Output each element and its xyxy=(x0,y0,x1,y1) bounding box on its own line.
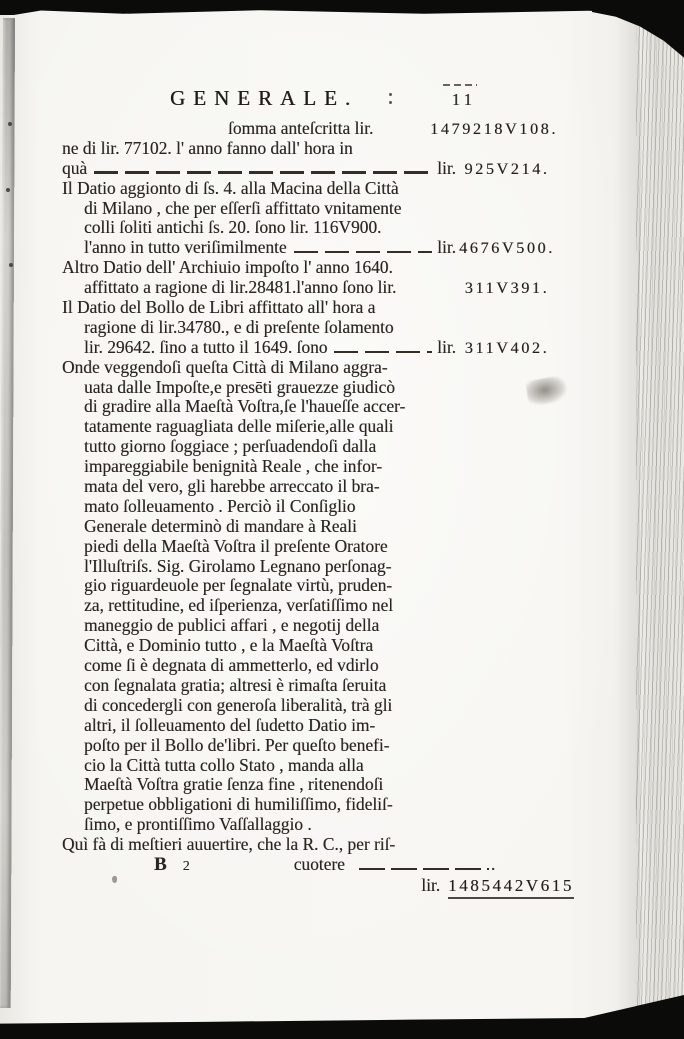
book-fore-edge xyxy=(636,0,684,1039)
line-text: altri, il ſolleuamento del ſudetto Datio… xyxy=(62,716,375,736)
line-text: ſimo, e prontiſſimo Vaſſallaggio . xyxy=(62,815,312,835)
line-text: poſto per il Bollo de'libri. Per queſto … xyxy=(62,736,389,756)
line-text: ne di lir. 77102. l' anno fanno dall' ho… xyxy=(62,139,353,159)
text-line: affittato a ragione di lir.28481.l'anno … xyxy=(62,278,558,298)
text-line: ragione di lir.34780., e di preſente ſol… xyxy=(62,318,558,338)
line-text: lir. 29642. ſino a tutto il 1649. ſono xyxy=(62,338,327,358)
text-line: come ſi è degnata di ammetterlo, ed vdir… xyxy=(62,656,558,676)
text-line: ſomma anteſcritta lir.1479218V108. xyxy=(62,119,558,139)
text-line: mata del vero, gli harebbe arreccato il … xyxy=(62,477,558,497)
text-line: Il Datio del Bollo de Libri affittato al… xyxy=(62,298,558,318)
ink-speck xyxy=(8,122,12,126)
text-line: Quì fà di meſtieri auuertire, che la R. … xyxy=(62,835,558,855)
currency-label: lir. xyxy=(437,338,456,358)
text-line: Onde veggendoſi queſta Città di Milano a… xyxy=(62,358,558,378)
text-line: maneggio de publici affari , e negotij d… xyxy=(62,616,558,636)
currency-label: lir. xyxy=(437,238,456,258)
text-line: di gradire alla Maeſtà Voſtra,ſe l'haueſ… xyxy=(62,397,558,417)
line-text: Città, e Dominio tutto , e la Maeſtà Voſ… xyxy=(62,636,373,656)
line-text: cio la Città tutta collo Stato , manda a… xyxy=(62,756,364,776)
line-text: tatamente raguagliata delle miſerie,alle… xyxy=(62,417,394,437)
line-text: maneggio de publici affari , e negotij d… xyxy=(62,616,379,636)
text-line: ne di lir. 77102. l' anno fanno dall' ho… xyxy=(62,139,558,159)
text-line: l'Illuſtriſs. Sig. Girolamo Legnano perſ… xyxy=(62,557,558,577)
line-text: di concedergli con generoſa liberalità, … xyxy=(62,696,392,716)
text-line: lir. 29642. ſino a tutto il 1649. ſonoli… xyxy=(62,338,558,358)
signature-row: B2cuotere. xyxy=(62,855,558,875)
line-text: mato ſolleuamento . Perciò il Conſiglio xyxy=(62,497,355,517)
line-text: con ſegnalata gratia; altresi è rimaſta … xyxy=(62,676,386,696)
page-text-block: ſomma anteſcritta lir.1479218V108.ne di … xyxy=(62,119,558,898)
text-line: Generale determinò di mandare à Reali xyxy=(62,517,558,537)
line-text: ſomma anteſcritta lir. xyxy=(62,119,373,139)
line-text: quà xyxy=(62,159,87,179)
page-number: 11 xyxy=(452,90,476,110)
text-line: di Milano , che per eſſerſi affittato vn… xyxy=(62,199,558,219)
dash-leader xyxy=(334,351,432,353)
text-line: quàlir.925V214. xyxy=(62,159,558,179)
line-text: ragione di lir.34780., e di preſente ſol… xyxy=(62,318,394,338)
amount-value: 4676V500. xyxy=(456,239,558,259)
text-line: Città, e Dominio tutto , e la Maeſtà Voſ… xyxy=(62,636,558,656)
line-text: Il Datio del Bollo de Libri affittato al… xyxy=(62,298,375,318)
line-text: perpetue obbligationi di humiliſſimo, fi… xyxy=(62,795,393,815)
text-line: l'anno in tutto veriſimilmentelir.4676V5… xyxy=(62,238,558,258)
text-line: poſto per il Bollo de'libri. Per queſto … xyxy=(62,736,558,756)
line-text: Quì fà di meſtieri auuertire, che la R. … xyxy=(62,835,395,855)
text-line: Maeſtà Voſtra gratie ſenza fine , ritene… xyxy=(62,775,558,795)
running-title: GENERALE. xyxy=(170,86,358,111)
line-text: Il Datio aggionto di ſs. 4. alla Macina … xyxy=(62,179,399,199)
line-text: l'anno in tutto veriſimilmente xyxy=(62,238,287,258)
dash-end-mark: . xyxy=(491,855,495,875)
amount-value: 311V391. xyxy=(456,279,558,299)
gathering-signature-letter: B xyxy=(154,855,167,875)
line-text: di gradire alla Maeſtà Voſtra,ſe l'haueſ… xyxy=(62,397,405,417)
dash-leader xyxy=(94,171,432,173)
line-text: tutto giorno ſoggiace ; perſuadendoſi da… xyxy=(62,437,376,457)
text-line: mato ſolleuamento . Perciò il Conſiglio xyxy=(62,497,558,517)
dash-leader xyxy=(359,868,489,870)
line-text: l'Illuſtriſs. Sig. Girolamo Legnano perſ… xyxy=(62,557,391,577)
page-curl-shadow xyxy=(614,0,640,1039)
currency-label: lir. xyxy=(437,159,456,179)
text-line: tutto giorno ſoggiace ; perſuadendoſi da… xyxy=(62,437,558,457)
text-line: za, rettitudine, ed iſperienza, verſatiſ… xyxy=(62,596,558,616)
line-text: uata dalle Impoſte,e presēti grauezze gi… xyxy=(62,378,395,398)
ink-speck xyxy=(6,188,10,192)
ink-speck xyxy=(9,263,13,267)
text-line: con ſegnalata gratia; altresi è rimaſta … xyxy=(62,676,558,696)
catchword: cuotere xyxy=(294,855,345,875)
text-line: Altro Datio dell' Archiuio impoſto l' an… xyxy=(62,258,558,278)
line-text: za, rettitudine, ed iſperienza, verſatiſ… xyxy=(62,596,393,616)
carried-total-value: 1485442V615 xyxy=(448,876,574,899)
text-line: Il Datio aggionto di ſs. 4. alla Macina … xyxy=(62,179,558,199)
text-line: ſimo, e prontiſſimo Vaſſallaggio . xyxy=(62,815,558,835)
line-text: Generale determinò di mandare à Reali xyxy=(62,517,357,537)
line-text: di Milano , che per eſſerſi affittato vn… xyxy=(62,199,401,219)
text-line: perpetue obbligationi di humiliſſimo, fi… xyxy=(62,795,558,815)
line-text: Onde veggendoſi queſta Città di Milano a… xyxy=(62,358,388,378)
text-line: cio la Città tutta collo Stato , manda a… xyxy=(62,756,558,776)
line-text: impareggiabile benignità Reale , che inf… xyxy=(62,457,382,477)
line-text: Maeſtà Voſtra gratie ſenza fine , ritene… xyxy=(62,775,383,795)
line-text: come ſi è degnata di ammetterlo, ed vdir… xyxy=(62,656,379,676)
amount-value: 925V214. xyxy=(456,160,558,180)
amount-value: 1479218V108. xyxy=(430,120,558,140)
currency-label: lir. xyxy=(421,876,440,896)
line-text: Altro Datio dell' Archiuio impoſto l' an… xyxy=(62,258,393,278)
text-line: impareggiabile benignità Reale , che inf… xyxy=(62,457,558,477)
line-text: mata del vero, gli harebbe arreccato il … xyxy=(62,477,379,497)
line-text: colli ſoliti antichi ſs. 20. ſono lir. 1… xyxy=(62,218,381,238)
page-header: GENERALE. 11 xyxy=(62,86,558,111)
line-text: affittato a ragione di lir.28481.l'anno … xyxy=(62,278,396,298)
carried-total-row: lir.1485442V615 xyxy=(62,876,558,898)
text-line: gio riguardeuole per ſegnalate virtù, pr… xyxy=(62,576,558,596)
line-text: gio riguardeuole per ſegnalate virtù, pr… xyxy=(62,576,392,596)
dash-leader xyxy=(294,251,433,253)
text-line: di concedergli con generoſa liberalità, … xyxy=(62,696,558,716)
line-text: piedi della Maeſtà Voſtra il preſente Or… xyxy=(62,537,388,557)
text-line: uata dalle Impoſte,e presēti grauezze gi… xyxy=(62,378,558,398)
text-line: tatamente raguagliata delle miſerie,alle… xyxy=(62,417,558,437)
text-line: altri, il ſolleuamento del ſudetto Datio… xyxy=(62,716,558,736)
text-line: colli ſoliti antichi ſs. 20. ſono lir. 1… xyxy=(62,218,558,238)
amount-value: 311V402. xyxy=(456,339,558,359)
gathering-signature-number: 2 xyxy=(183,857,190,877)
text-line: piedi della Maeſtà Voſtra il preſente Or… xyxy=(62,537,558,557)
